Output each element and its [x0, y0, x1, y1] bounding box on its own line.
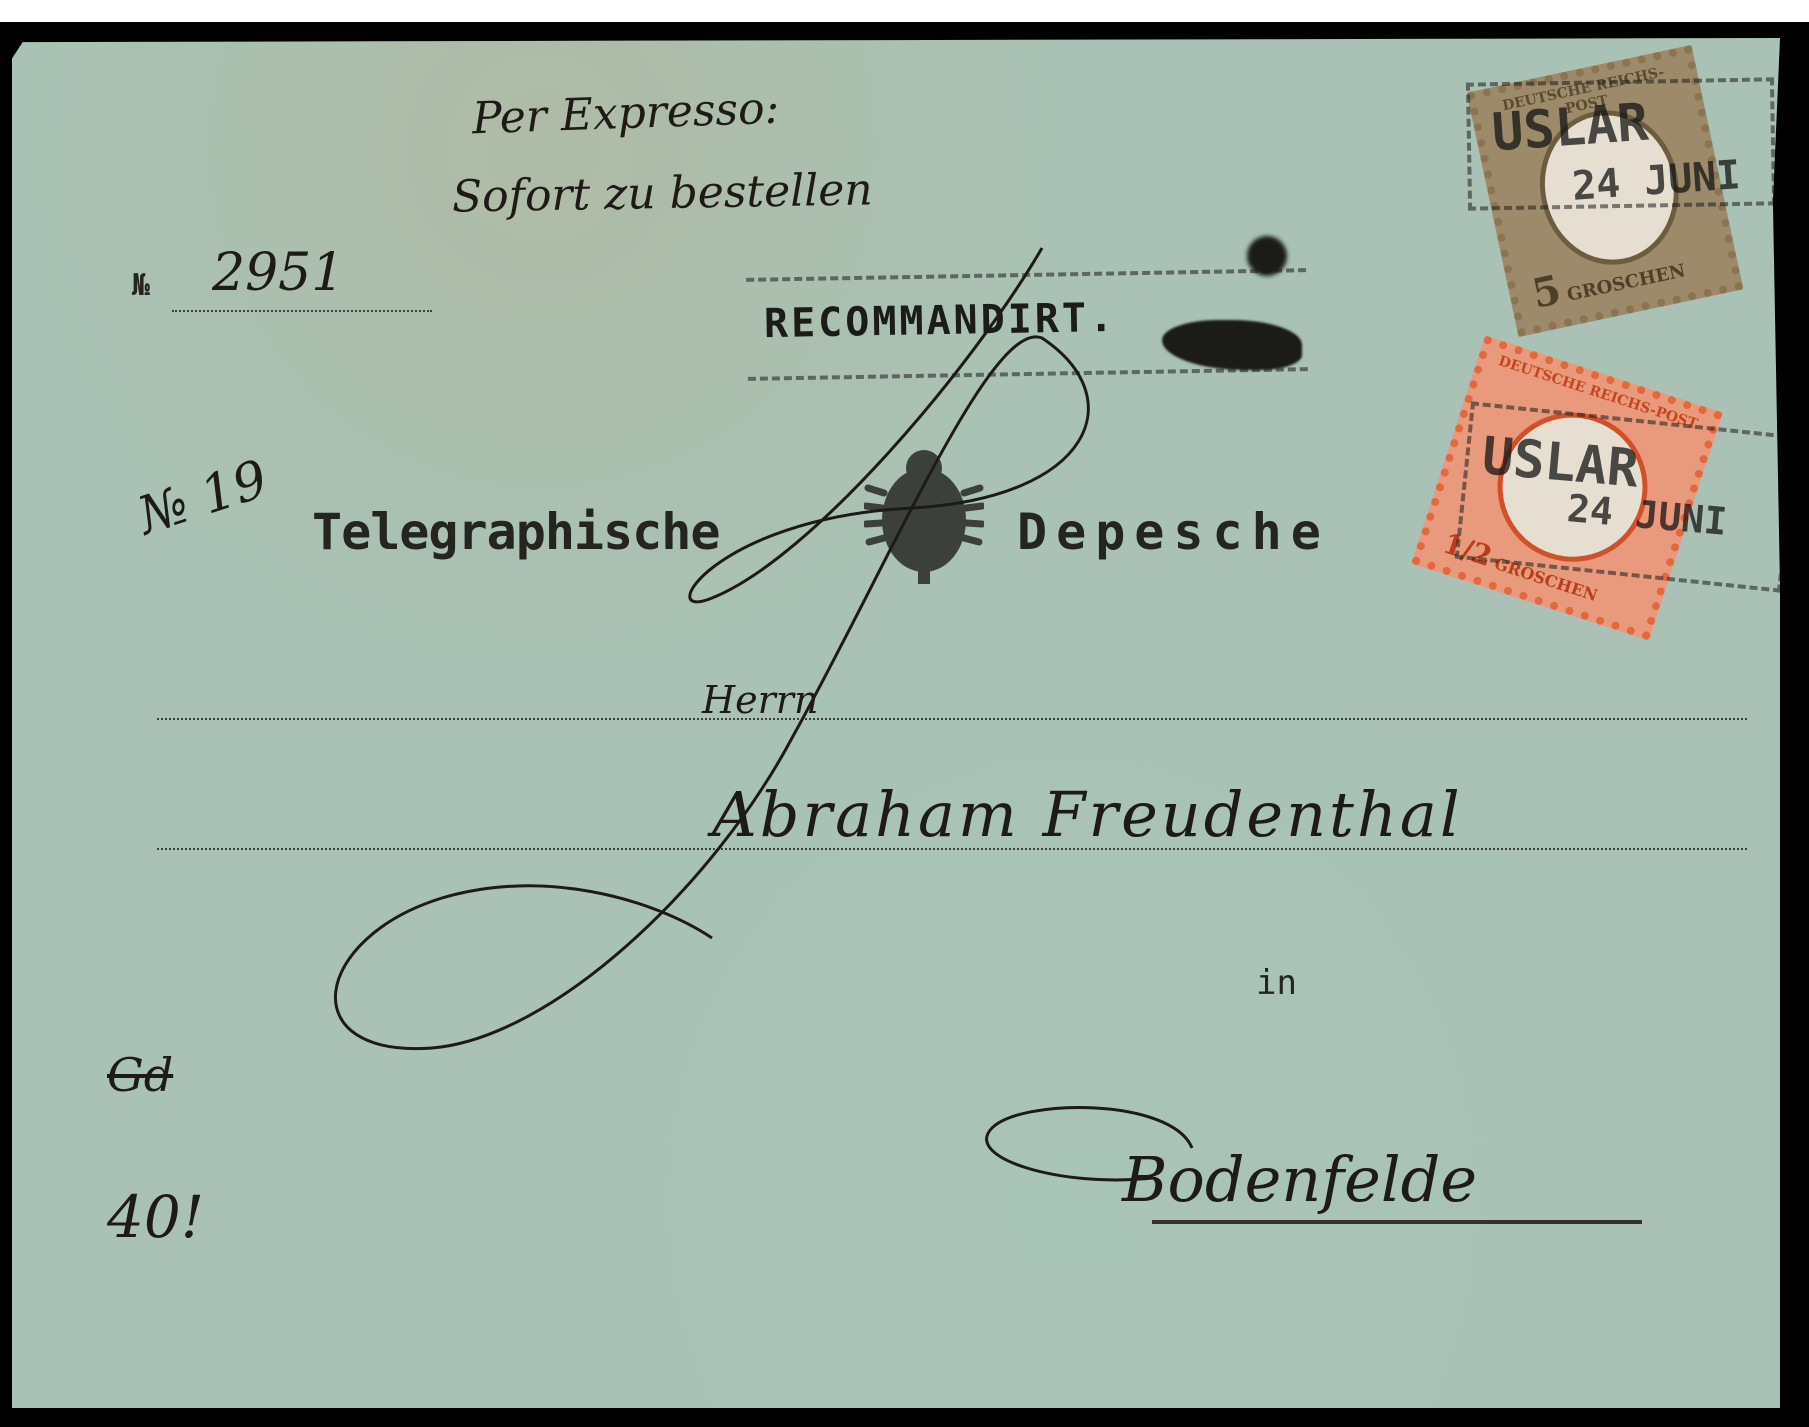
image-margin	[0, 0, 1809, 22]
envelope: Per Expresso: Sofort zu bestellen № 2951…	[12, 38, 1780, 1408]
cancellation-town: USLAR	[1490, 93, 1650, 164]
